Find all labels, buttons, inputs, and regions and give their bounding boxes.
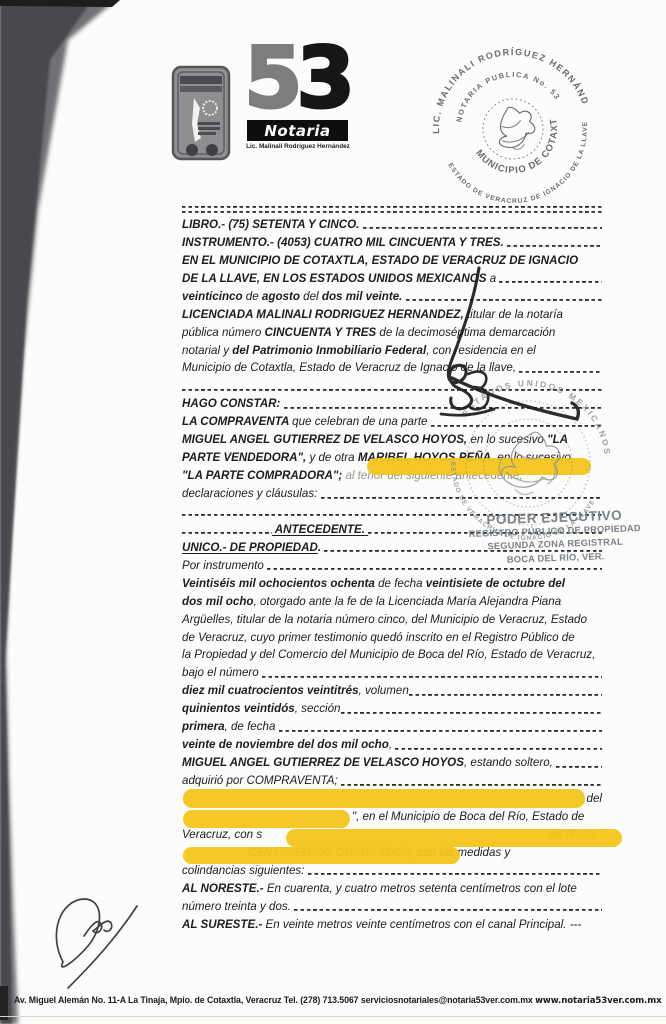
doc-line: primera, de fecha xyxy=(182,718,602,736)
scan-edge-footer-mark xyxy=(0,986,8,1020)
redaction-highlight xyxy=(183,810,350,828)
corner-signature xyxy=(56,899,137,988)
doc-line: pública número CINCUENTA Y TRES de la de… xyxy=(182,324,602,342)
protocol-seal-stamp xyxy=(170,64,234,164)
doc-line: diez mil cuatrocientos veintitrés, volum… xyxy=(182,682,602,700)
doc-line: bajo el número xyxy=(182,664,602,682)
doc-line: veinte de noviembre del dos mil ocho, xyxy=(182,736,602,754)
doc-line: EN EL MUNICIPIO DE COTAXTLA, ESTADO DE V… xyxy=(182,252,602,270)
scan-edge-artifact xyxy=(0,0,140,1024)
footer: Av. Miguel Alemán No. 11-A La Tinaja, Mp… xyxy=(14,995,664,1006)
doc-line: AL NORESTE.- En cuarenta, y cuatro metro… xyxy=(182,880,602,898)
doc-line: AL SURESTE.- En veinte metros veinte cen… xyxy=(182,916,602,934)
registry-office-stamp: PODER EJECUTIVO REGISTRO PÚBLICO DE PROP… xyxy=(451,507,659,568)
doc-line: notarial y del Patrimonio Inmobiliario F… xyxy=(182,342,602,360)
redaction-highlight xyxy=(183,847,460,864)
doc-line: veinticinco de agosto del dos mil veinte… xyxy=(182,288,602,306)
scan-streak xyxy=(0,1016,666,1017)
footer-address: Av. Miguel Alemán No. 11-A La Tinaja, Mp… xyxy=(14,995,535,1005)
doc-line: DE LA LLAVE, EN LOS ESTADOS UNIDOS MEXIC… xyxy=(182,270,602,288)
doc-line: MIGUEL ANGEL GUTIERREZ DE VELASCO HOYOS,… xyxy=(182,754,602,772)
notary-round-stamp: LIC. MALINALI RODRÍGUEZ HERNÁNDEZ ESTADO… xyxy=(418,30,608,225)
svg-text:MUNICIPIO DE COTAXTLA: MUNICIPIO DE COTAXTLA xyxy=(468,106,571,187)
doc-line: de Veracruz, cuyo primer testimonio qued… xyxy=(182,629,602,647)
doc-line: LIBRO.- (75) SETENTA Y CINCO. xyxy=(182,216,602,234)
doc-line: número treinta y dos. xyxy=(182,898,602,916)
doc-line: dos mil ocho, otorgado ante la fe de la … xyxy=(182,593,602,611)
doc-line xyxy=(182,198,602,216)
doc-line: INSTRUMENTO.- (4053) CUATRO MIL CINCUENT… xyxy=(182,234,602,252)
svg-text:ESTADOS UNIDOS MEXICANOS: ESTADOS UNIDOS MEXICANOS xyxy=(457,368,622,458)
redaction-highlight xyxy=(183,789,585,808)
redaction-highlight xyxy=(286,829,622,847)
doc-line: Veintiséis mil ochocientos ochenta de fe… xyxy=(182,575,602,593)
doc-line: adquirió por COMPRAVENTA; xyxy=(182,772,602,790)
doc-line: colindancias siguientes: xyxy=(182,862,602,880)
logo-number-53: 53 xyxy=(244,36,364,128)
logo-licenciada: Lic. Malinali Rodríguez Hernández xyxy=(243,143,353,150)
doc-line: Argüelles, titular de la notaria número … xyxy=(182,611,602,629)
doc-line: LICENCIADA MALINALI RODRIGUEZ HERNANDEZ,… xyxy=(182,306,602,324)
scanned-notarial-document: 53 Notaria Lic. Malinali Rodríguez Herná… xyxy=(0,0,666,1024)
doc-line: quinientos veintidós, sección xyxy=(182,700,602,718)
doc-line: la Propiedad y del Comercio del Municipi… xyxy=(182,646,602,664)
footer-website: www.notaria53ver.com.mx xyxy=(535,996,662,1006)
logo-wordmark: Notaria xyxy=(247,120,348,141)
